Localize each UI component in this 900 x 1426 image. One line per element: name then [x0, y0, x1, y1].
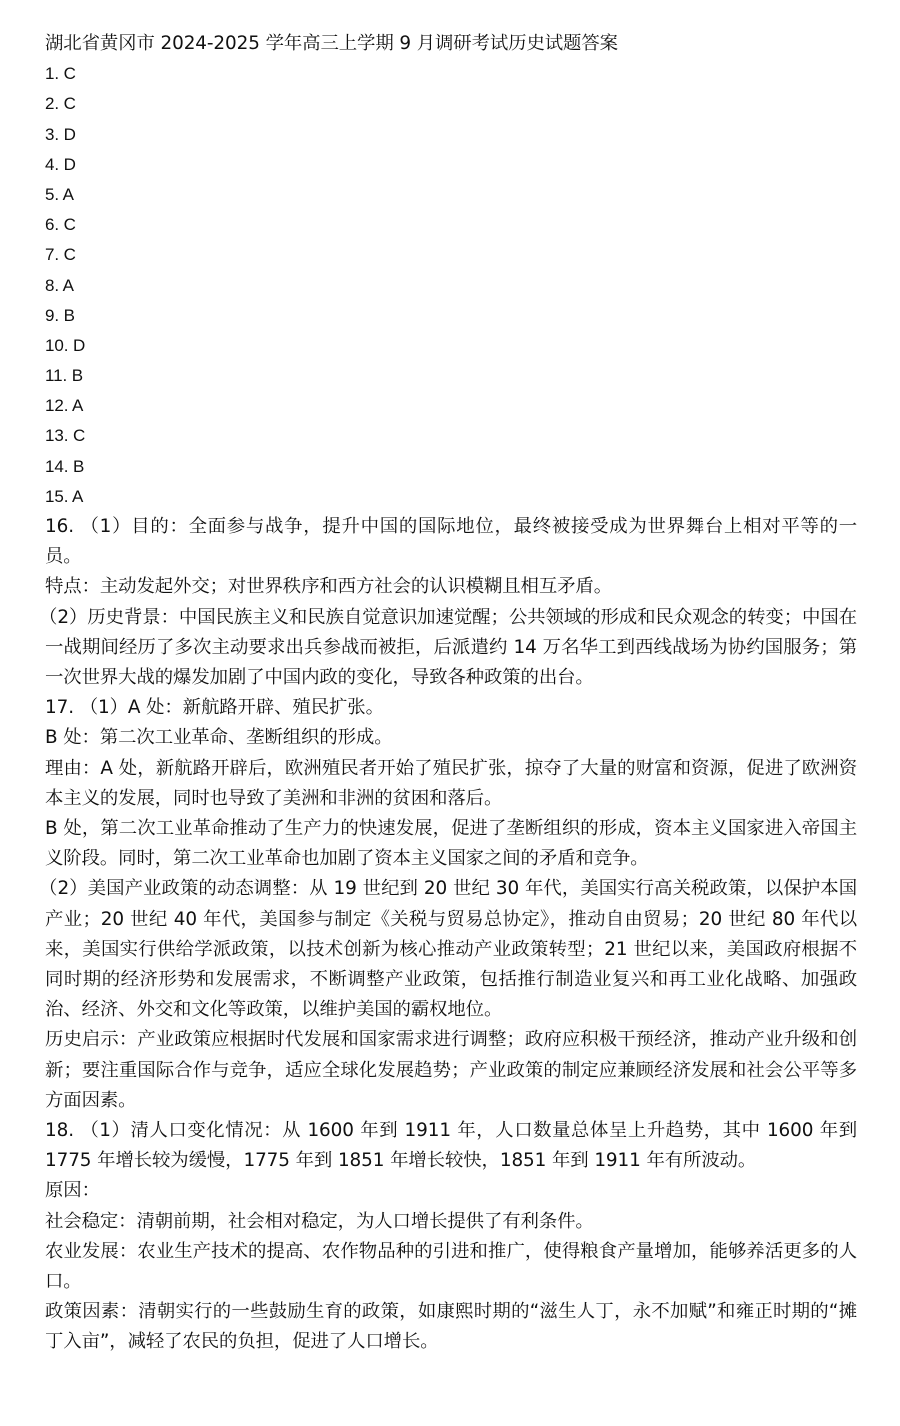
mc-answer-7: 7. C: [45, 240, 857, 270]
q16-part2-background: （2）历史背景：中国民族主义和民族自觉意识加速觉醒；公共领域的形成和民众观念的转…: [45, 603, 857, 694]
q18-reason-social: 社会稳定：清朝前期，社会相对稳定，为人口增长提供了有利条件。: [45, 1207, 857, 1237]
q16-part1-purpose: 16. （1）目的：全面参与战争，提升中国的国际地位，最终被接受成为世界舞台上相…: [45, 512, 857, 572]
mc-answer-3: 3. D: [45, 120, 857, 150]
mc-answer-11: 11. B: [45, 361, 857, 391]
q17-part2-policy: （2）美国产业政策的动态调整：从 19 世纪到 20 世纪 30 年代，美国实行…: [45, 874, 857, 1025]
q16-part1-features: 特点：主动发起外交；对世界秩序和西方社会的认识模糊且相互矛盾。: [45, 572, 857, 602]
mc-answer-5: 5. A: [45, 180, 857, 210]
mc-answer-2: 2. C: [45, 89, 857, 119]
mc-answer-6: 6. C: [45, 210, 857, 240]
mc-answer-15: 15. A: [45, 482, 857, 512]
mc-answer-4: 4. D: [45, 150, 857, 180]
answer-document: 湖北省黄冈市 2024-2025 学年高三上学期 9 月调研考试历史试题答案 1…: [45, 29, 857, 1358]
q18-part1-change: 18. （1）清人口变化情况：从 1600 年到 1911 年，人口数量总体呈上…: [45, 1116, 857, 1176]
q17-reason-b: B 处，第二次工业革命推动了生产力的快速发展，促进了垄断组织的形成，资本主义国家…: [45, 814, 857, 874]
q17-part1-b: B 处：第二次工业革命、垄断组织的形成。: [45, 723, 857, 753]
mc-answer-1: 1. C: [45, 59, 857, 89]
document-title: 湖北省黄冈市 2024-2025 学年高三上学期 9 月调研考试历史试题答案: [45, 29, 857, 59]
question-16-answer: 16. （1）目的：全面参与战争，提升中国的国际地位，最终被接受成为世界舞台上相…: [45, 512, 857, 693]
mc-answer-10: 10. D: [45, 331, 857, 361]
q18-reasons-label: 原因：: [45, 1176, 857, 1206]
q18-reason-policy: 政策因素：清朝实行的一些鼓励生育的政策，如康熙时期的“滋生人丁，永不加赋”和雍正…: [45, 1297, 857, 1357]
q17-part1-a: 17. （1）A 处：新航路开辟、殖民扩张。: [45, 693, 857, 723]
mc-answer-14: 14. B: [45, 452, 857, 482]
q17-reason-a: 理由：A 处，新航路开辟后，欧洲殖民者开始了殖民扩张，掠夺了大量的财富和资源，促…: [45, 754, 857, 814]
mc-answer-9: 9. B: [45, 301, 857, 331]
q18-reason-agriculture: 农业发展：农业生产技术的提高、农作物品种的引进和推广，使得粮食产量增加，能够养活…: [45, 1237, 857, 1297]
multiple-choice-answers: 1. C 2. C 3. D 4. D 5. A 6. C 7. C 8. A …: [45, 59, 857, 512]
question-18-answer: 18. （1）清人口变化情况：从 1600 年到 1911 年，人口数量总体呈上…: [45, 1116, 857, 1358]
question-17-answer: 17. （1）A 处：新航路开辟、殖民扩张。 B 处：第二次工业革命、垄断组织的…: [45, 693, 857, 1116]
mc-answer-12: 12. A: [45, 391, 857, 421]
mc-answer-13: 13. C: [45, 421, 857, 451]
mc-answer-8: 8. A: [45, 271, 857, 301]
q17-part2-lesson: 历史启示：产业政策应根据时代发展和国家需求进行调整；政府应积极干预经济，推动产业…: [45, 1025, 857, 1116]
